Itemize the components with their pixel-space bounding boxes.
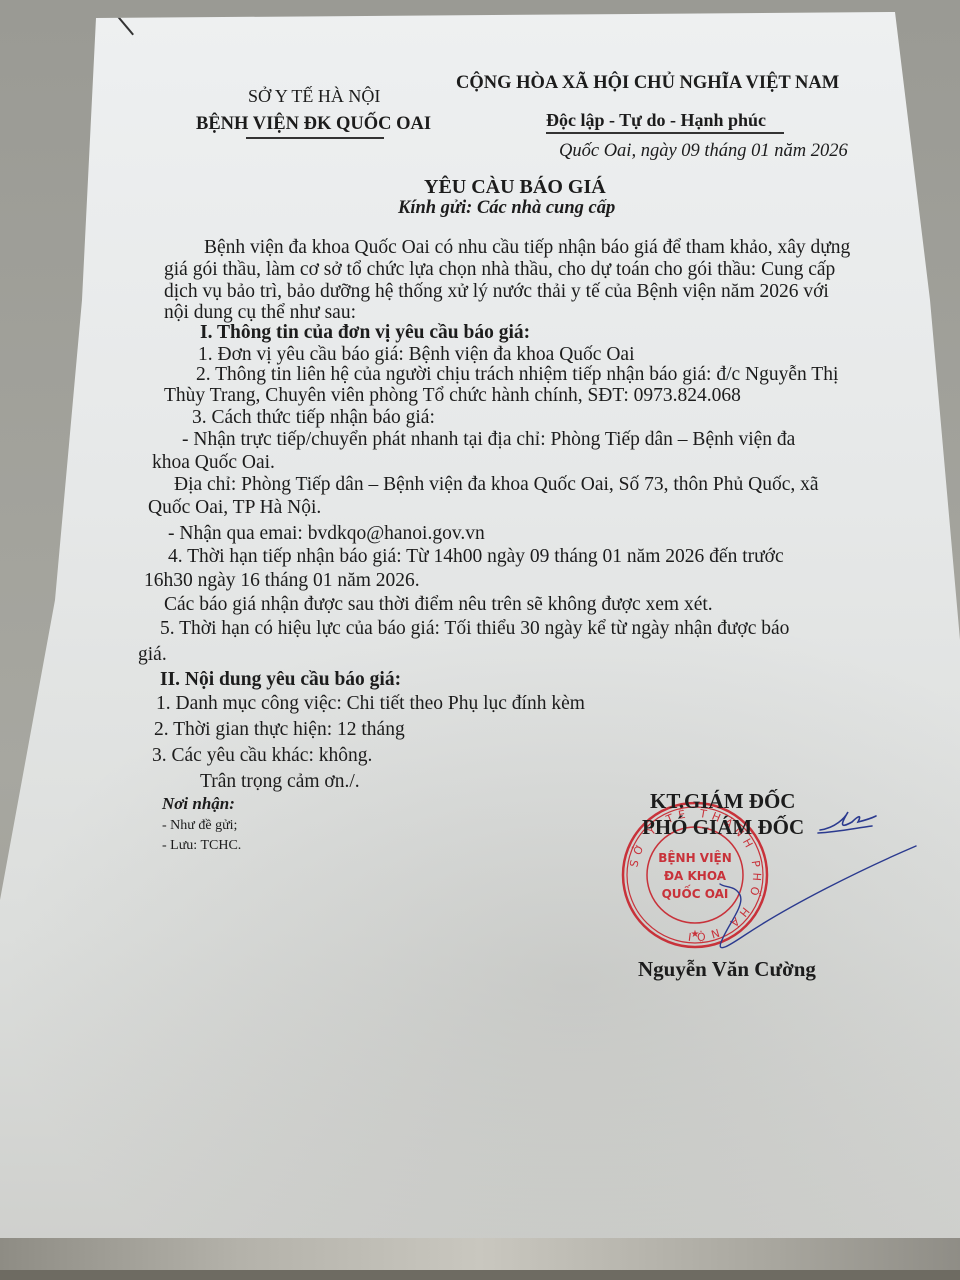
- section1-line: - Nhận trực tiếp/chuyển phát nhanh tại đ…: [182, 428, 795, 452]
- svg-text:QUỐC OAI: QUỐC OAI: [662, 884, 729, 901]
- intro-line: Bệnh viện đa khoa Quốc Oai có nhu cầu ti…: [204, 236, 850, 260]
- svg-text:★: ★: [691, 929, 700, 940]
- greeting: Kính gửi: Các nhà cung cấp: [398, 196, 615, 220]
- recipient-item: - Lưu: TCHC.: [162, 834, 241, 858]
- motto-underline: [546, 132, 784, 134]
- svg-text:BỆNH VIỆN: BỆNH VIỆN: [658, 850, 732, 865]
- section1-line: 3. Cách thức tiếp nhận báo giá:: [192, 406, 435, 430]
- section2-line: 2. Thời gian thực hiện: 12 tháng: [154, 718, 405, 742]
- section1-line: 16h30 ngày 16 tháng 01 năm 2026.: [144, 569, 420, 593]
- hospital-name: BỆNH VIỆN ĐK QUỐC OAI: [196, 112, 431, 136]
- contact-email: - Nhận qua emai: bvdkqo@hanoi.gov.vn: [168, 522, 485, 546]
- hospital-name-underline: [246, 137, 384, 139]
- section2-line: 1. Danh mục công việc: Chi tiết theo Phụ…: [156, 692, 585, 716]
- svg-text:ĐA KHOA: ĐA KHOA: [664, 869, 727, 883]
- section1-line: khoa Quốc Oai.: [152, 451, 275, 475]
- national-motto: Độc lập - Tự do - Hạnh phúc: [546, 108, 766, 132]
- desk-surface: [0, 1238, 960, 1280]
- section1-heading: I. Thông tin của đơn vị yêu cầu báo giá:: [200, 321, 530, 345]
- section1-line: Quốc Oai, TP Hà Nội.: [148, 496, 321, 520]
- document-page: SỞ Y TẾ HÀ NỘI BỆNH VIỆN ĐK QUỐC OAI CỘN…: [0, 0, 960, 1240]
- section1-line: Các báo giá nhận được sau thời điểm nêu …: [164, 593, 713, 617]
- closing-thanks: Trân trọng cảm ơn./.: [200, 770, 360, 794]
- agency-name: SỞ Y TẾ HÀ NỘI: [248, 84, 380, 108]
- signatory-title-2: PHÓ GIÁM ĐỐC: [642, 815, 804, 839]
- section2-heading: II. Nội dung yêu cầu báo giá:: [160, 668, 401, 692]
- signatory-name: Nguyễn Văn Cường: [638, 957, 816, 981]
- intro-line: giá gói thầu, làm cơ sở tổ chức lựa chọn…: [164, 258, 835, 282]
- section2-line: 3. Các yêu cầu khác: không.: [152, 744, 372, 768]
- section1-line: 4. Thời hạn tiếp nhận báo giá: Từ 14h00 …: [168, 545, 784, 569]
- national-title: CỘNG HÒA XÃ HỘI CHỦ NGHĨA VIỆT NAM: [456, 71, 839, 95]
- section1-line: Thùy Trang, Chuyên viên phòng Tổ chức hà…: [164, 384, 741, 408]
- section1-line: giá.: [138, 643, 167, 667]
- section1-line: Địa chỉ: Phòng Tiếp dân – Bệnh viện đa k…: [174, 473, 819, 497]
- recipients-title: Nơi nhận:: [162, 792, 235, 816]
- pen-mark: [117, 16, 134, 36]
- section1-line: 5. Thời hạn có hiệu lực của báo giá: Tối…: [160, 617, 789, 641]
- signatory-title-1: KT.GIÁM ĐỐC: [650, 789, 795, 813]
- document-date: Quốc Oai, ngày 09 tháng 01 năm 2026: [559, 139, 848, 163]
